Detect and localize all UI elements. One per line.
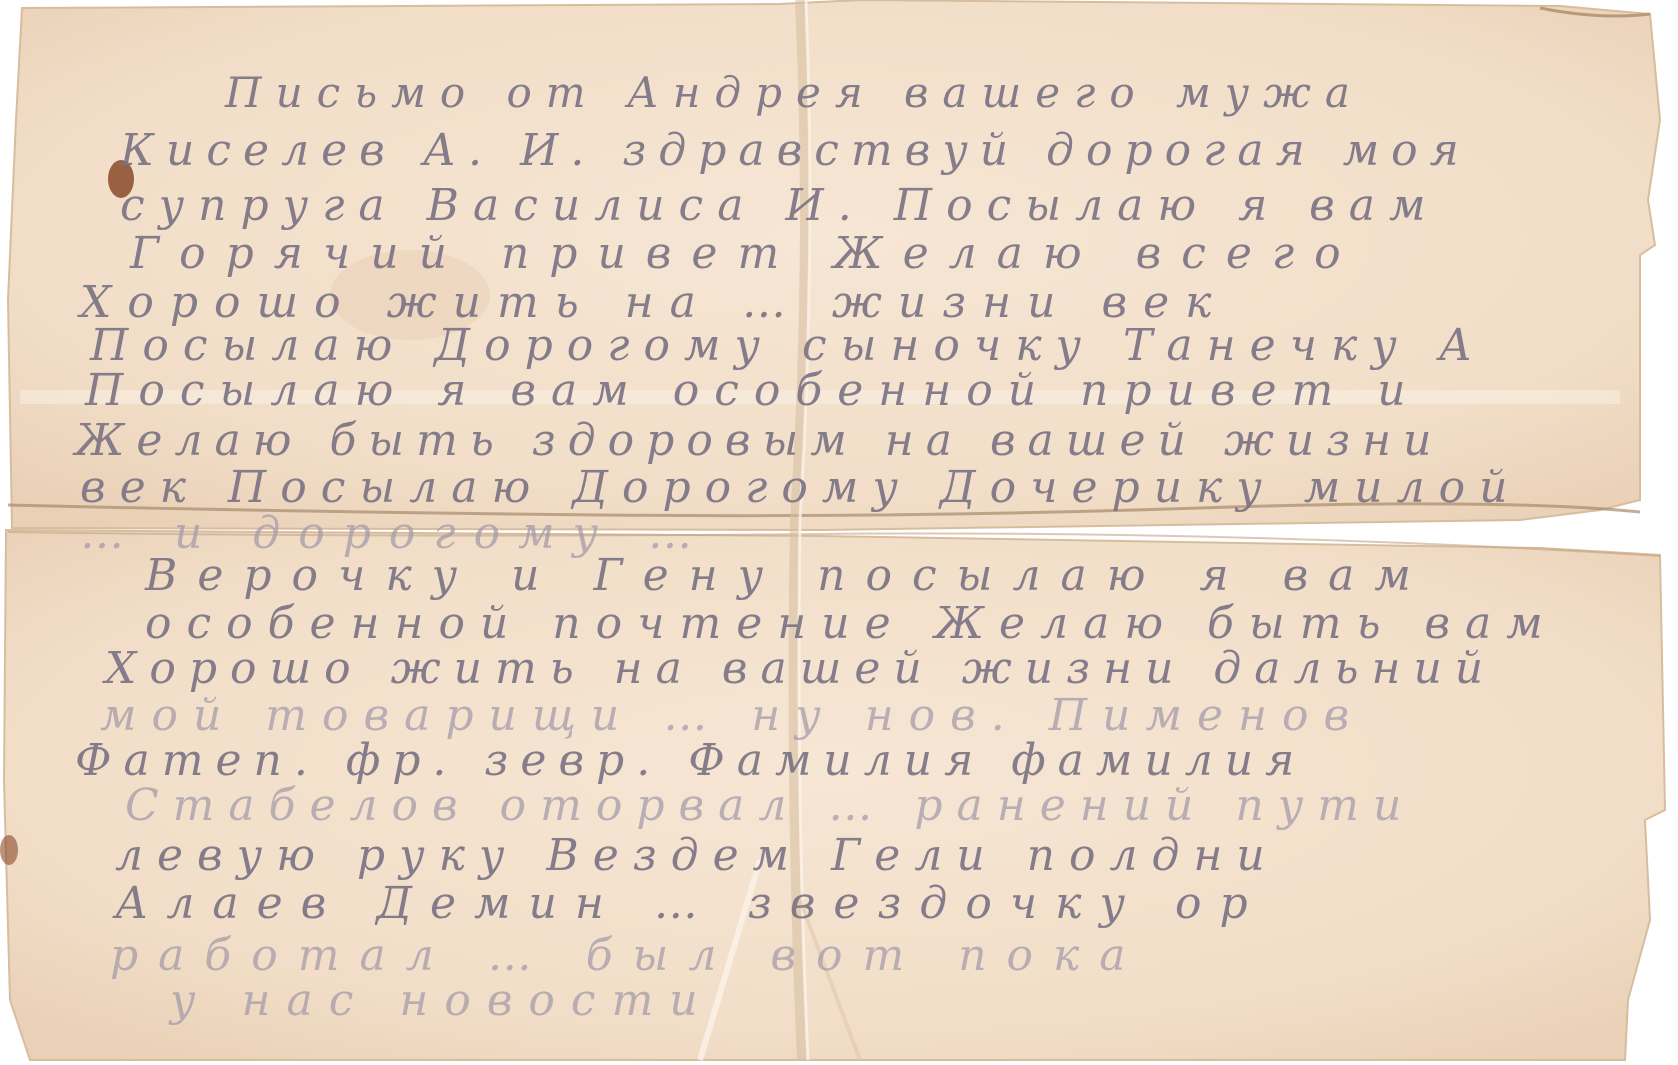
letter-line-8: Желаю быть здоровым на вашей жизни [75,415,1444,466]
letter-line-13: Хорошо жить на вашей жизни дальний [105,643,1496,694]
letter-line-9: век Посылаю Дорогому Дочерику милой [80,462,1521,513]
letter-line-3: супруга Василиса И. Посылаю я вам [120,180,1440,231]
letter-line-14: мой товарищи … ну нов. Пименов [100,690,1364,741]
letter-line-15: Фатеп. фр. зевр. Фамилия фамилия [75,735,1306,786]
letter-line-17: левую руку Вездем Гели полдни [115,830,1279,881]
letter-line-1: Письмо от Андрея вашего мужа [225,68,1364,117]
letter-line-7: Посылаю я вам особенной привет и [85,365,1421,416]
letter-line-12: особенной почтение Желаю быть вам [145,598,1558,649]
rust-stain-small [0,835,18,865]
letter-line-16: Стабелов оторвал … ранений пути [125,780,1415,831]
letter-line-20: у нас новости [170,975,714,1026]
letter-paper: Письмо от Андрея вашего мужа Киселев А. … [0,0,1678,1065]
letter-line-4: Горячий привет Желаю всего [130,228,1361,279]
letter-line-11: Верочку и Гену посылаю я вам [145,550,1431,601]
letter-line-2: Киселев А. И. здравствуй дорогая моя [120,125,1471,176]
letter-line-18: Алаев Демин … звездочку ор [115,878,1266,929]
letter-line-6: Посылаю Дорогому сыночку Танечку А [90,320,1486,371]
letter-line-19: работал … был вот пока [110,930,1146,981]
